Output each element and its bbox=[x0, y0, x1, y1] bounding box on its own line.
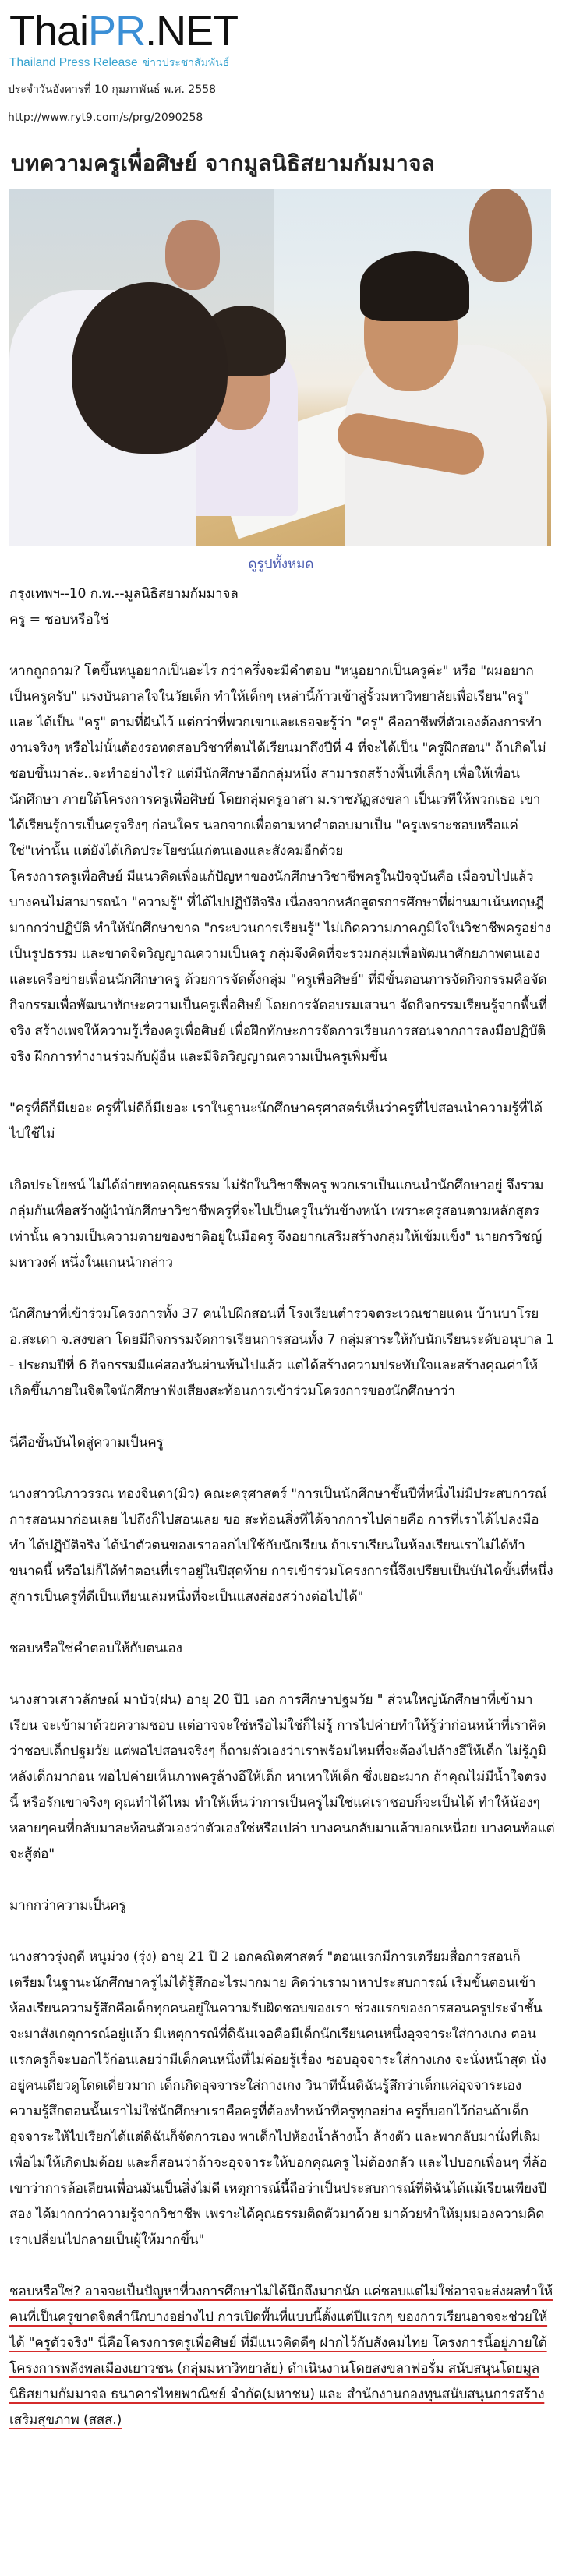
paragraph: โครงการครูเพื่อศิษย์ มีแนวคิดเพื่อแก้ปัญ… bbox=[9, 864, 555, 1070]
logo-tagline-en: Thailand Press Release bbox=[9, 56, 138, 69]
logo-part-pr: PR bbox=[88, 8, 145, 55]
article-title: บทความครูเพื่อศิษย์ จากมูลนิธิสยามกัมมาจ… bbox=[11, 147, 435, 181]
paragraph: นางสาวรุ่งฤดี หนูม่วง (รุ่ง) อายุ 21 ปี … bbox=[9, 1945, 555, 2253]
publish-date: ประจำวันอังคารที่ 10 กุมภาพันธ์ พ.ศ. 255… bbox=[8, 81, 216, 98]
article-subtitle: ครู = ชอบหรือใช่ bbox=[9, 607, 555, 633]
quote-paragraph: "ครูที่ดีก็มีเยอะ ครูที่ไม่ดีก็มีเยอะ เร… bbox=[9, 1096, 555, 1147]
photo-background-child bbox=[469, 189, 532, 282]
paragraph: หากถูกถาม? โตขึ้นหนูอยากเป็นอะไร กว่าครึ… bbox=[9, 659, 555, 864]
photo-teacher-hair bbox=[360, 251, 469, 321]
photo-student-hair bbox=[72, 282, 228, 454]
logo-tagline-th: ข่าวประชาสัมพันธ์ bbox=[143, 56, 230, 69]
photo-background-child bbox=[165, 220, 220, 290]
logo-wordmark: ThaiPR.NET bbox=[9, 9, 235, 53]
source-url: http://www.ryt9.com/s/prg/2090258 bbox=[8, 111, 203, 124]
paragraph: นักศึกษาที่เข้าร่วมโครงการทั้ง 37 คนไปฝึ… bbox=[9, 1302, 555, 1405]
logo-part-net: .NET bbox=[145, 8, 238, 55]
logo-tagline: Thailand Press Releaseข่าวประชาสัมพันธ์ bbox=[9, 55, 235, 72]
article-photo bbox=[9, 189, 551, 546]
highlighted-conclusion-paragraph: ชอบหรือใช่? อาจจะเป็นปัญหาที่วงการศึกษาไ… bbox=[9, 2279, 555, 2433]
dateline: กรุงเทพฯ--10 ก.พ.--มูลนิธิสยามกัมมาจล bbox=[9, 581, 555, 607]
section-heading: ชอบหรือใช่คำตอบให้กับตนเอง bbox=[9, 1636, 555, 1662]
paragraph: นางสาวนิภาวรรณ ทองจินดา(มิว) คณะครุศาสตร… bbox=[9, 1482, 555, 1610]
article-body: กรุงเทพฯ--10 ก.พ.--มูลนิธิสยามกัมมาจล คร… bbox=[9, 581, 555, 2433]
section-heading: นี่คือขั้นบันไดสู่ความเป็นครู bbox=[9, 1430, 555, 1456]
paragraph: เกิดประโยชน์ ไม่ได้ถ่ายทอดคุณธรรม ไม่รัก… bbox=[9, 1173, 555, 1276]
thaipr-logo[interactable]: ThaiPR.NET Thailand Press Releaseข่าวประ… bbox=[9, 9, 235, 72]
section-heading: มากกว่าความเป็นครู bbox=[9, 1893, 555, 1919]
logo-part-thai: Thai bbox=[9, 8, 88, 55]
paragraph: นางสาวเสาวลักษณ์ มาบัว(ฝน) อายุ 20 ปี1 เ… bbox=[9, 1687, 555, 1868]
view-all-photos-link[interactable]: ดูรูปทั้งหมด bbox=[0, 553, 562, 574]
